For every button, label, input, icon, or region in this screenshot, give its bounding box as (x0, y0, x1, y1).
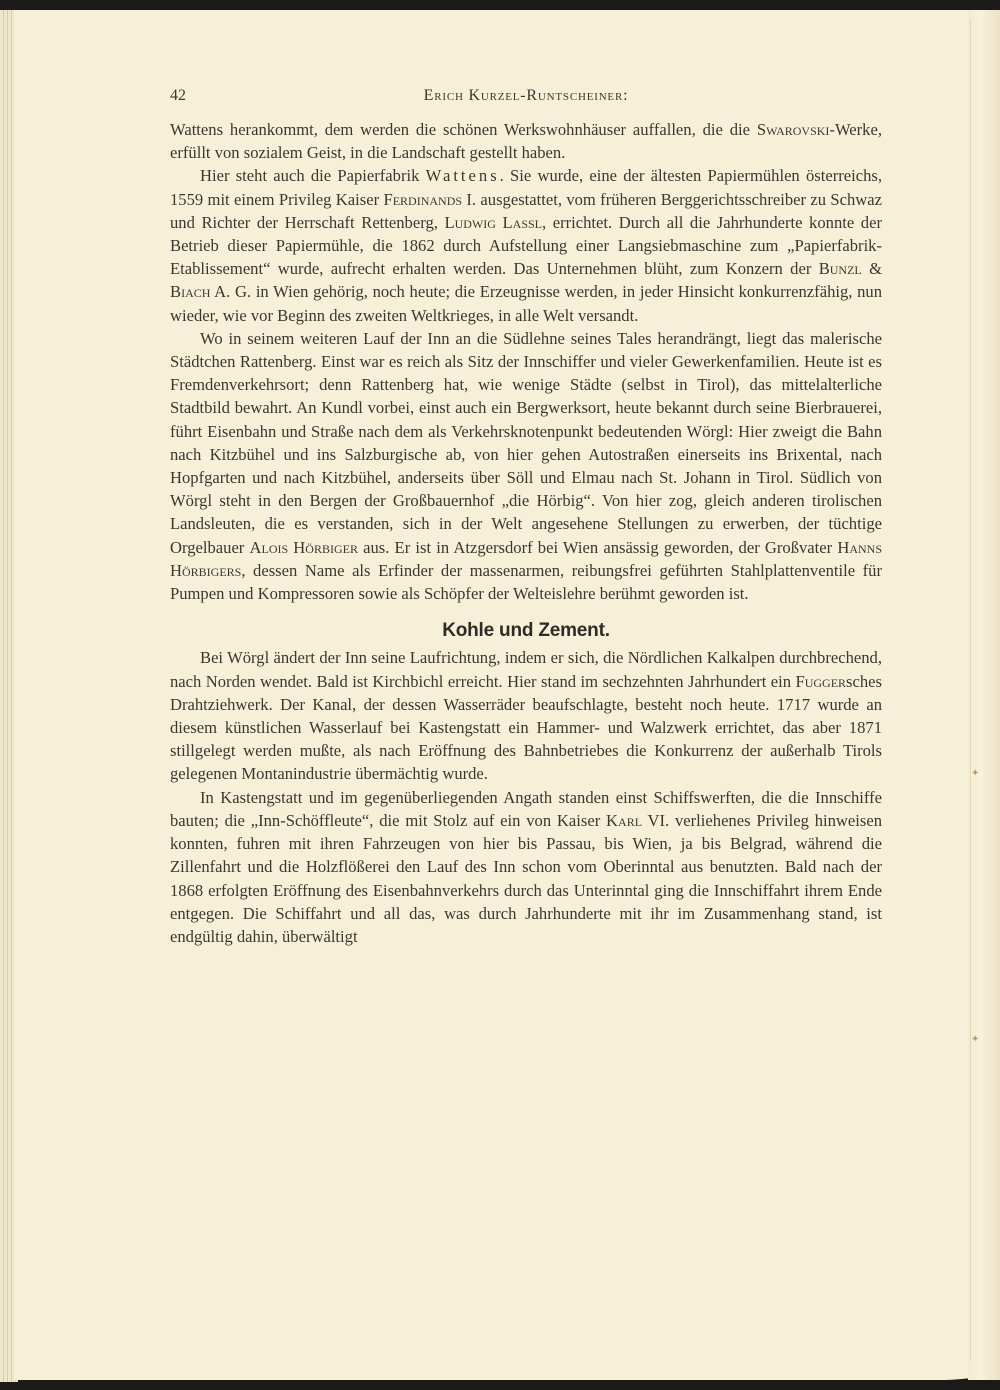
page-header: 42 Erich Kurzel-Runtscheiner: (170, 80, 882, 108)
text-run: Hier steht auch die Papierfabrik (200, 166, 426, 185)
body-text-after: Bei Wörgl ändert der Inn seine Laufricht… (170, 646, 882, 948)
page-content: 42 Erich Kurzel-Runtscheiner: Wattens he… (170, 80, 882, 948)
speck-mark: ✦ (971, 768, 979, 779)
section-heading: Kohle und Zement. (170, 619, 882, 642)
text-run: Bei Wörgl ändert der Inn seine Laufricht… (170, 648, 882, 690)
emphasized-name: Swarovski (757, 120, 830, 139)
text-run: aus. Er ist in Atzgersdorf bei Wien ansä… (358, 538, 837, 557)
emphasized-name: Ferdinands (383, 190, 462, 209)
text-run: Wattens herankommt, dem werden die schön… (170, 120, 757, 139)
emphasized-name: Ludwig Lassl (444, 213, 542, 232)
text-run: Wo in seinem weiteren Lauf der Inn an di… (170, 329, 882, 557)
text-run: VI. verliehenes Privileg hinweisen konnt… (170, 811, 882, 946)
body-text-before: Wattens herankommt, dem werden die schön… (170, 118, 882, 605)
emphasized-name: Fugger (795, 672, 846, 691)
page-gutter (968, 10, 1000, 1380)
emphasized-name: Alois Hörbiger (250, 538, 358, 557)
running-head: Erich Kurzel-Runtscheiner: (170, 84, 882, 107)
paragraph: Wattens herankommt, dem werden die schön… (170, 118, 882, 164)
text-run: , dessen Name als Erfinder der massenarm… (170, 561, 882, 603)
paragraph: Hier steht auch die Papierfabrik Wattens… (170, 164, 882, 326)
emphasized-name: Wattens (426, 166, 500, 185)
emphasized-name: Karl (606, 811, 642, 830)
paragraph: Bei Wörgl ändert der Inn seine Laufricht… (170, 646, 882, 785)
speck-mark: ✦ (971, 1034, 979, 1045)
paragraph: In Kastengstatt und im gegenüberliegende… (170, 786, 882, 948)
text-run: A. G. in Wien gehörig, noch heute; die E… (170, 282, 882, 324)
paragraph: Wo in seinem weiteren Lauf der Inn an di… (170, 327, 882, 605)
gutter-line (970, 20, 971, 1360)
